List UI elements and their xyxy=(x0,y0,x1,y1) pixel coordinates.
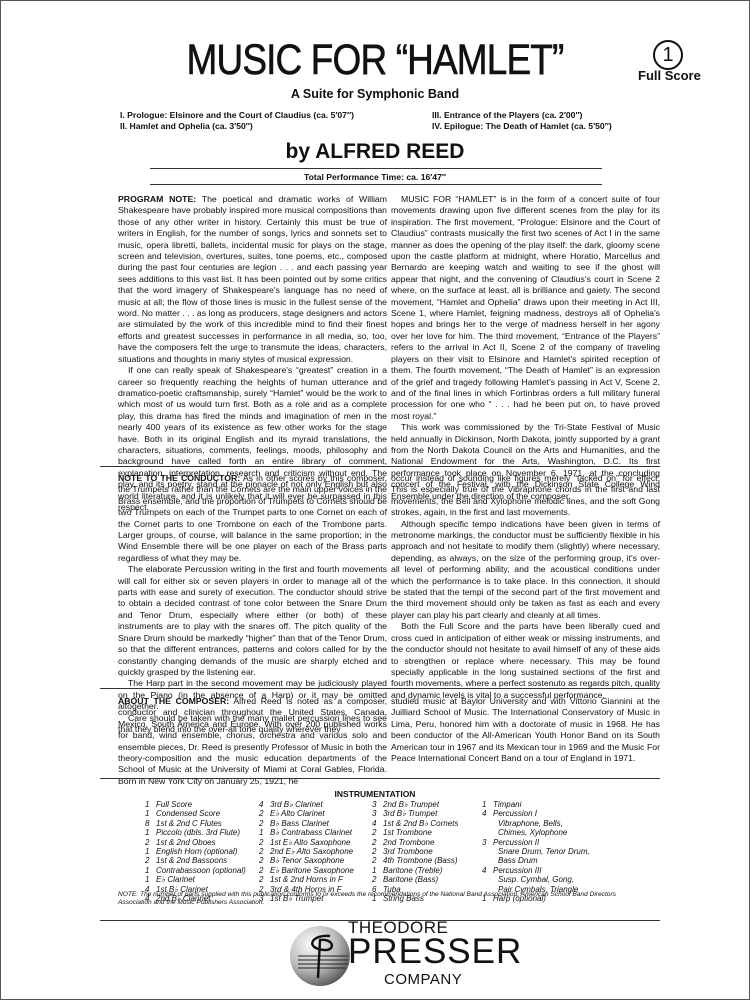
instrument-row: 4Percussion I xyxy=(482,809,590,818)
conductor-note-para: NOTE TO THE CONDUCTOR: As in other score… xyxy=(118,473,387,564)
instrument-row: 21st & 2nd Bassoons xyxy=(145,856,246,865)
instrumentation-note: NOTE: The number of parts supplied with … xyxy=(118,891,638,907)
instrument-row: 21st Trombone xyxy=(372,828,458,837)
movement-list-left: I. Prologue: Elsinore and the Court of C… xyxy=(120,110,354,132)
about-composer-left: ABOUT THE COMPOSER: Alfred Reed is noted… xyxy=(118,696,387,787)
instrument-detail: Vibraphone, Bells, xyxy=(482,819,590,828)
divider xyxy=(150,168,602,169)
page-title: MUSIC FOR “HAMLET” xyxy=(53,36,698,85)
instrument-row: 33rd B♭ Trumpet xyxy=(372,809,458,818)
movement-item: I. Prologue: Elsinore and the Court of C… xyxy=(120,110,354,121)
about-composer-label: ABOUT THE COMPOSER: xyxy=(118,696,229,706)
conductor-note-label: NOTE TO THE CONDUCTOR: xyxy=(118,473,240,483)
conductor-note-para: The elaborate Percussion writing in the … xyxy=(118,564,387,678)
instrument-row: 2E♭ Baritone Saxophone xyxy=(259,866,354,875)
conductor-note-para: Both the Full Score and the parts have b… xyxy=(391,621,660,701)
globe-staff-icon xyxy=(290,926,350,986)
subtitle: A Suite for Symphonic Band xyxy=(0,87,750,101)
instrument-row: 23rd Trombone xyxy=(372,847,458,856)
instrumentation-col-2: 43rd B♭ Clarinet 2E♭ Alto Clarinet 2B♭ B… xyxy=(259,800,354,903)
program-note-para: MUSIC FOR “HAMLET” is in the form of a c… xyxy=(391,194,660,422)
conductor-note-para: Although specific tempo indications have… xyxy=(391,519,660,622)
instrument-detail: Snare Drum, Tenor Drum, xyxy=(482,847,590,856)
about-composer-para: studied music at Baylor University and w… xyxy=(391,696,660,764)
divider xyxy=(150,184,602,185)
instrument-row: 24th Trombone (Bass) xyxy=(372,856,458,865)
instrument-row: 43rd B♭ Clarinet xyxy=(259,800,354,809)
movement-item: IV. Epilogue: The Death of Hamlet (ca. 5… xyxy=(432,121,612,132)
instrument-row: 1Timpani xyxy=(482,800,590,809)
instrument-row: 2B♭ Bass Clarinet xyxy=(259,819,354,828)
instrument-row: 1Condensed Score xyxy=(145,809,246,818)
part-number-badge: 1 xyxy=(653,40,683,70)
publisher-name-line2: PRESSER xyxy=(348,932,522,972)
section-divider xyxy=(100,778,660,779)
instrument-detail: Susp. Cymbal, Gong, xyxy=(482,875,590,884)
program-note-para: PROGRAM NOTE: The poetical and dramatic … xyxy=(118,194,387,365)
instrument-row: 2B♭ Tenor Saxophone xyxy=(259,856,354,865)
instrument-row: 22nd Trombone xyxy=(372,838,458,847)
section-divider xyxy=(100,466,660,467)
section-divider xyxy=(100,688,660,689)
instrumentation-col-3: 32nd B♭ Trumpet 33rd B♭ Trumpet 41st & 2… xyxy=(372,800,458,903)
total-performance-time: Total Performance Time: ca. 16′47″ xyxy=(0,172,750,182)
movement-item: II. Hamlet and Ophelia (ca. 3′50″) xyxy=(120,121,354,132)
instrument-row: 21st & 2nd Horns in F xyxy=(259,875,354,884)
about-composer-para: ABOUT THE COMPOSER: Alfred Reed is noted… xyxy=(118,696,387,787)
conductor-note-para: occur instead of sounding like figures m… xyxy=(391,473,660,519)
movement-list-right: III. Entrance of the Players (ca. 2′00″)… xyxy=(432,110,612,132)
instrument-row: 81st & 2nd C Flutes xyxy=(145,819,246,828)
conductor-note-right: occur instead of sounding like figures m… xyxy=(391,473,660,701)
composer-byline: by ALFRED REED xyxy=(0,140,750,164)
instrument-row: 1B♭ Contrabass Clarinet xyxy=(259,828,354,837)
instrumentation-col-4: 1Timpani 4Percussion I Vibraphone, Bells… xyxy=(482,800,590,903)
instrument-row: 22nd E♭ Alto Saxophone xyxy=(259,847,354,856)
program-note-label: PROGRAM NOTE: xyxy=(118,194,196,204)
instrument-detail: Chimes, Xylophone xyxy=(482,828,590,837)
instrument-row: 1English Horn (optional) xyxy=(145,847,246,856)
movement-item: III. Entrance of the Players (ca. 2′00″) xyxy=(432,110,612,121)
instrument-row: 4Percussion III xyxy=(482,866,590,875)
publisher-name-line3: COMPANY xyxy=(384,971,462,988)
instrument-row: 1E♭ Clarinet xyxy=(145,875,246,884)
instrument-row: 21st E♭ Alto Saxophone xyxy=(259,838,354,847)
instrument-row: 1Piccolo (dbls. 3rd Flute) xyxy=(145,828,246,837)
publisher-logo: THEODORE PRESSER COMPANY xyxy=(290,918,550,988)
instrument-row: 1Contrabassoon (optional) xyxy=(145,866,246,875)
instrument-row: 2E♭ Alto Clarinet xyxy=(259,809,354,818)
program-note-right: MUSIC FOR “HAMLET” is in the form of a c… xyxy=(391,194,660,502)
part-label: Full Score xyxy=(638,68,701,83)
instrument-row: 32nd B♭ Trumpet xyxy=(372,800,458,809)
instrument-row: 21st & 2nd Oboes xyxy=(145,838,246,847)
instrument-row: 3Percussion II xyxy=(482,838,590,847)
instrumentation-col-1: 1Full Score 1Condensed Score 81st & 2nd … xyxy=(145,800,246,903)
instrument-row: 41st & 2nd B♭ Cornets xyxy=(372,819,458,828)
instrumentation-heading: INSTRUMENTATION xyxy=(0,789,750,799)
instrument-row: 1Baritone (Treble) xyxy=(372,866,458,875)
instrument-row: 2Baritone (Bass) xyxy=(372,875,458,884)
about-composer-right: studied music at Baylor University and w… xyxy=(391,696,660,764)
instrument-detail: Bass Drum xyxy=(482,856,590,865)
instrument-row: 1Full Score xyxy=(145,800,246,809)
